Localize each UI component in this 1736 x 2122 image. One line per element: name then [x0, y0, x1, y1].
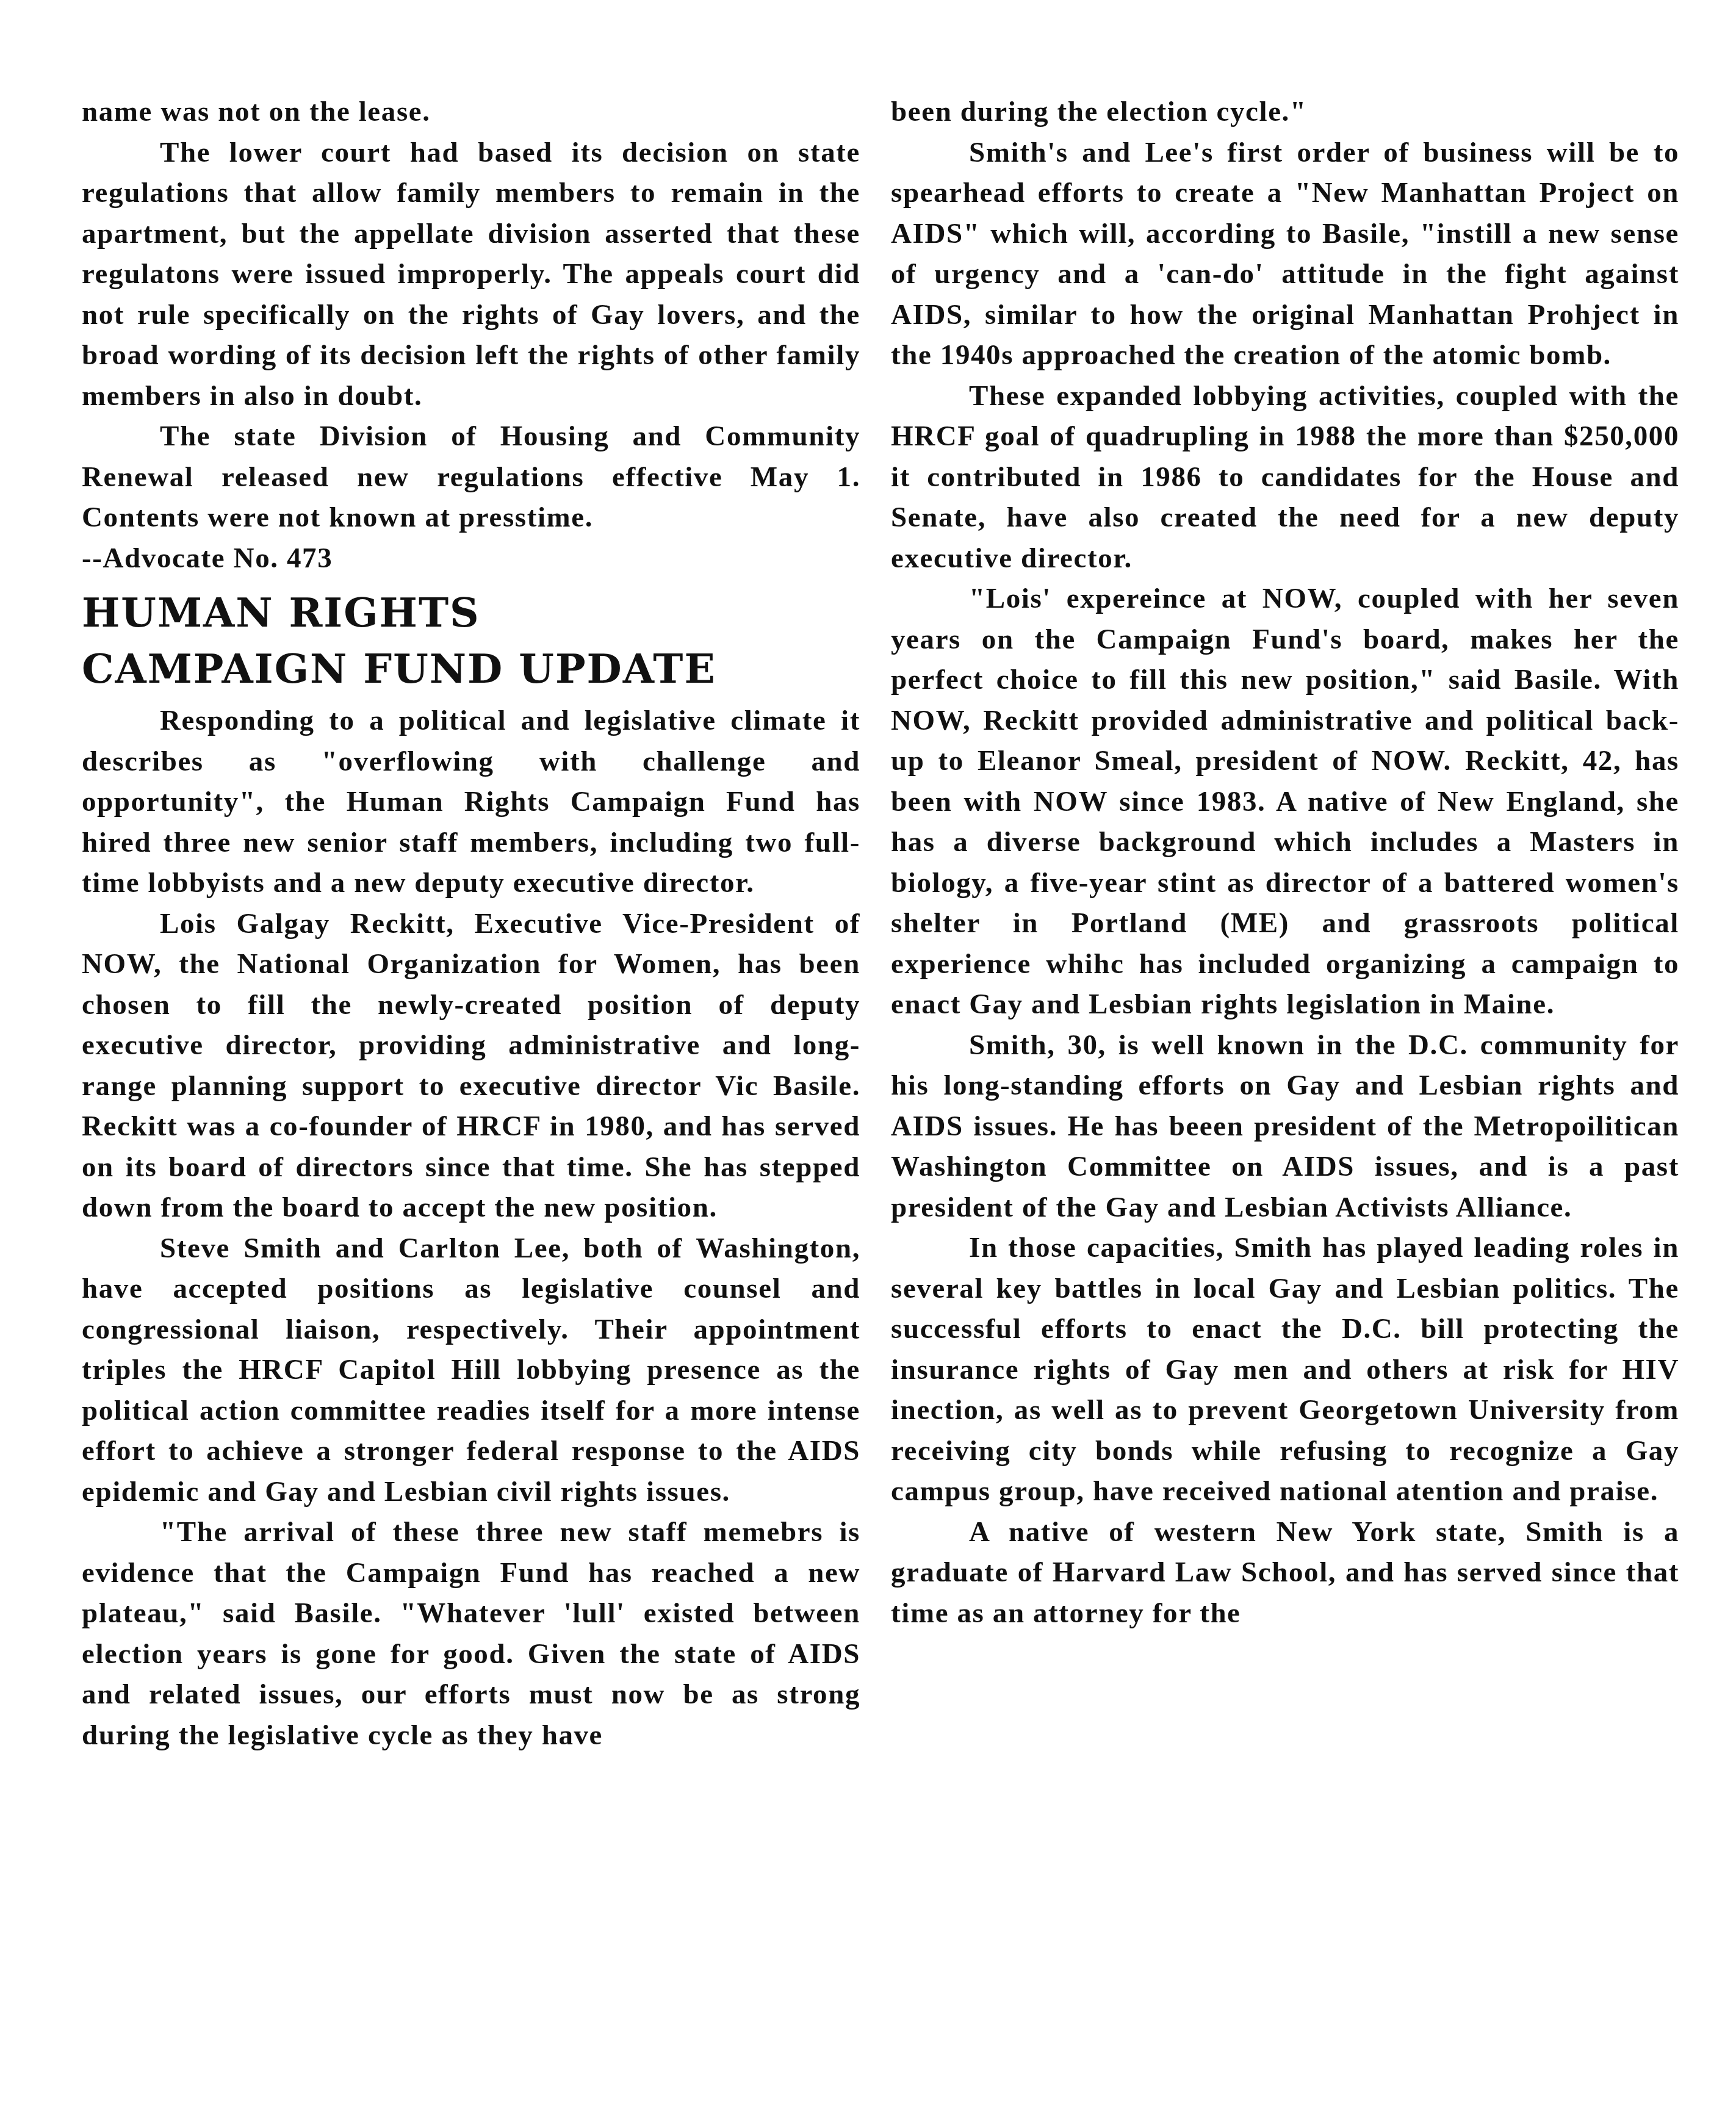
source-citation: --Advocate No. 473 — [82, 538, 860, 579]
right-column: been during the election cycle." Smith's… — [891, 92, 1679, 1633]
paragraph-continuation: been during the election cycle." — [891, 92, 1679, 132]
paragraph: In those capacities, Smith has played le… — [891, 1228, 1679, 1512]
paragraph: These expanded lobbying activities, coup… — [891, 376, 1679, 579]
paragraph: "Lois' expereince at NOW, coupled with h… — [891, 578, 1679, 1025]
paragraph: A native of western New York state, Smit… — [891, 1512, 1679, 1634]
paragraph: Lois Galgay Reckitt, Executive Vice-Pres… — [82, 904, 860, 1228]
left-column: name was not on the lease. The lower cou… — [82, 92, 860, 1755]
paragraph: Responding to a political and legislativ… — [82, 700, 860, 904]
paragraph-continuation: name was not on the lease. — [82, 92, 860, 132]
paragraph: Smith, 30, is well known in the D.C. com… — [891, 1025, 1679, 1228]
paragraph: Smith's and Lee's first order of busines… — [891, 132, 1679, 376]
newsletter-page: name was not on the lease. The lower cou… — [0, 0, 1736, 2122]
paragraph: Steve Smith and Carlton Lee, both of Was… — [82, 1228, 860, 1512]
article-headline: HUMAN RIGHTS CAMPAIGN FUND UPDATE — [82, 584, 860, 697]
headline-line-1: HUMAN RIGHTS — [82, 584, 860, 641]
headline-line-2: CAMPAIGN FUND UPDATE — [82, 641, 860, 697]
paragraph: "The arrival of these three new staff me… — [82, 1512, 860, 1755]
paragraph: The lower court had based its decision o… — [82, 132, 860, 417]
paragraph: The state Division of Housing and Commun… — [82, 416, 860, 538]
